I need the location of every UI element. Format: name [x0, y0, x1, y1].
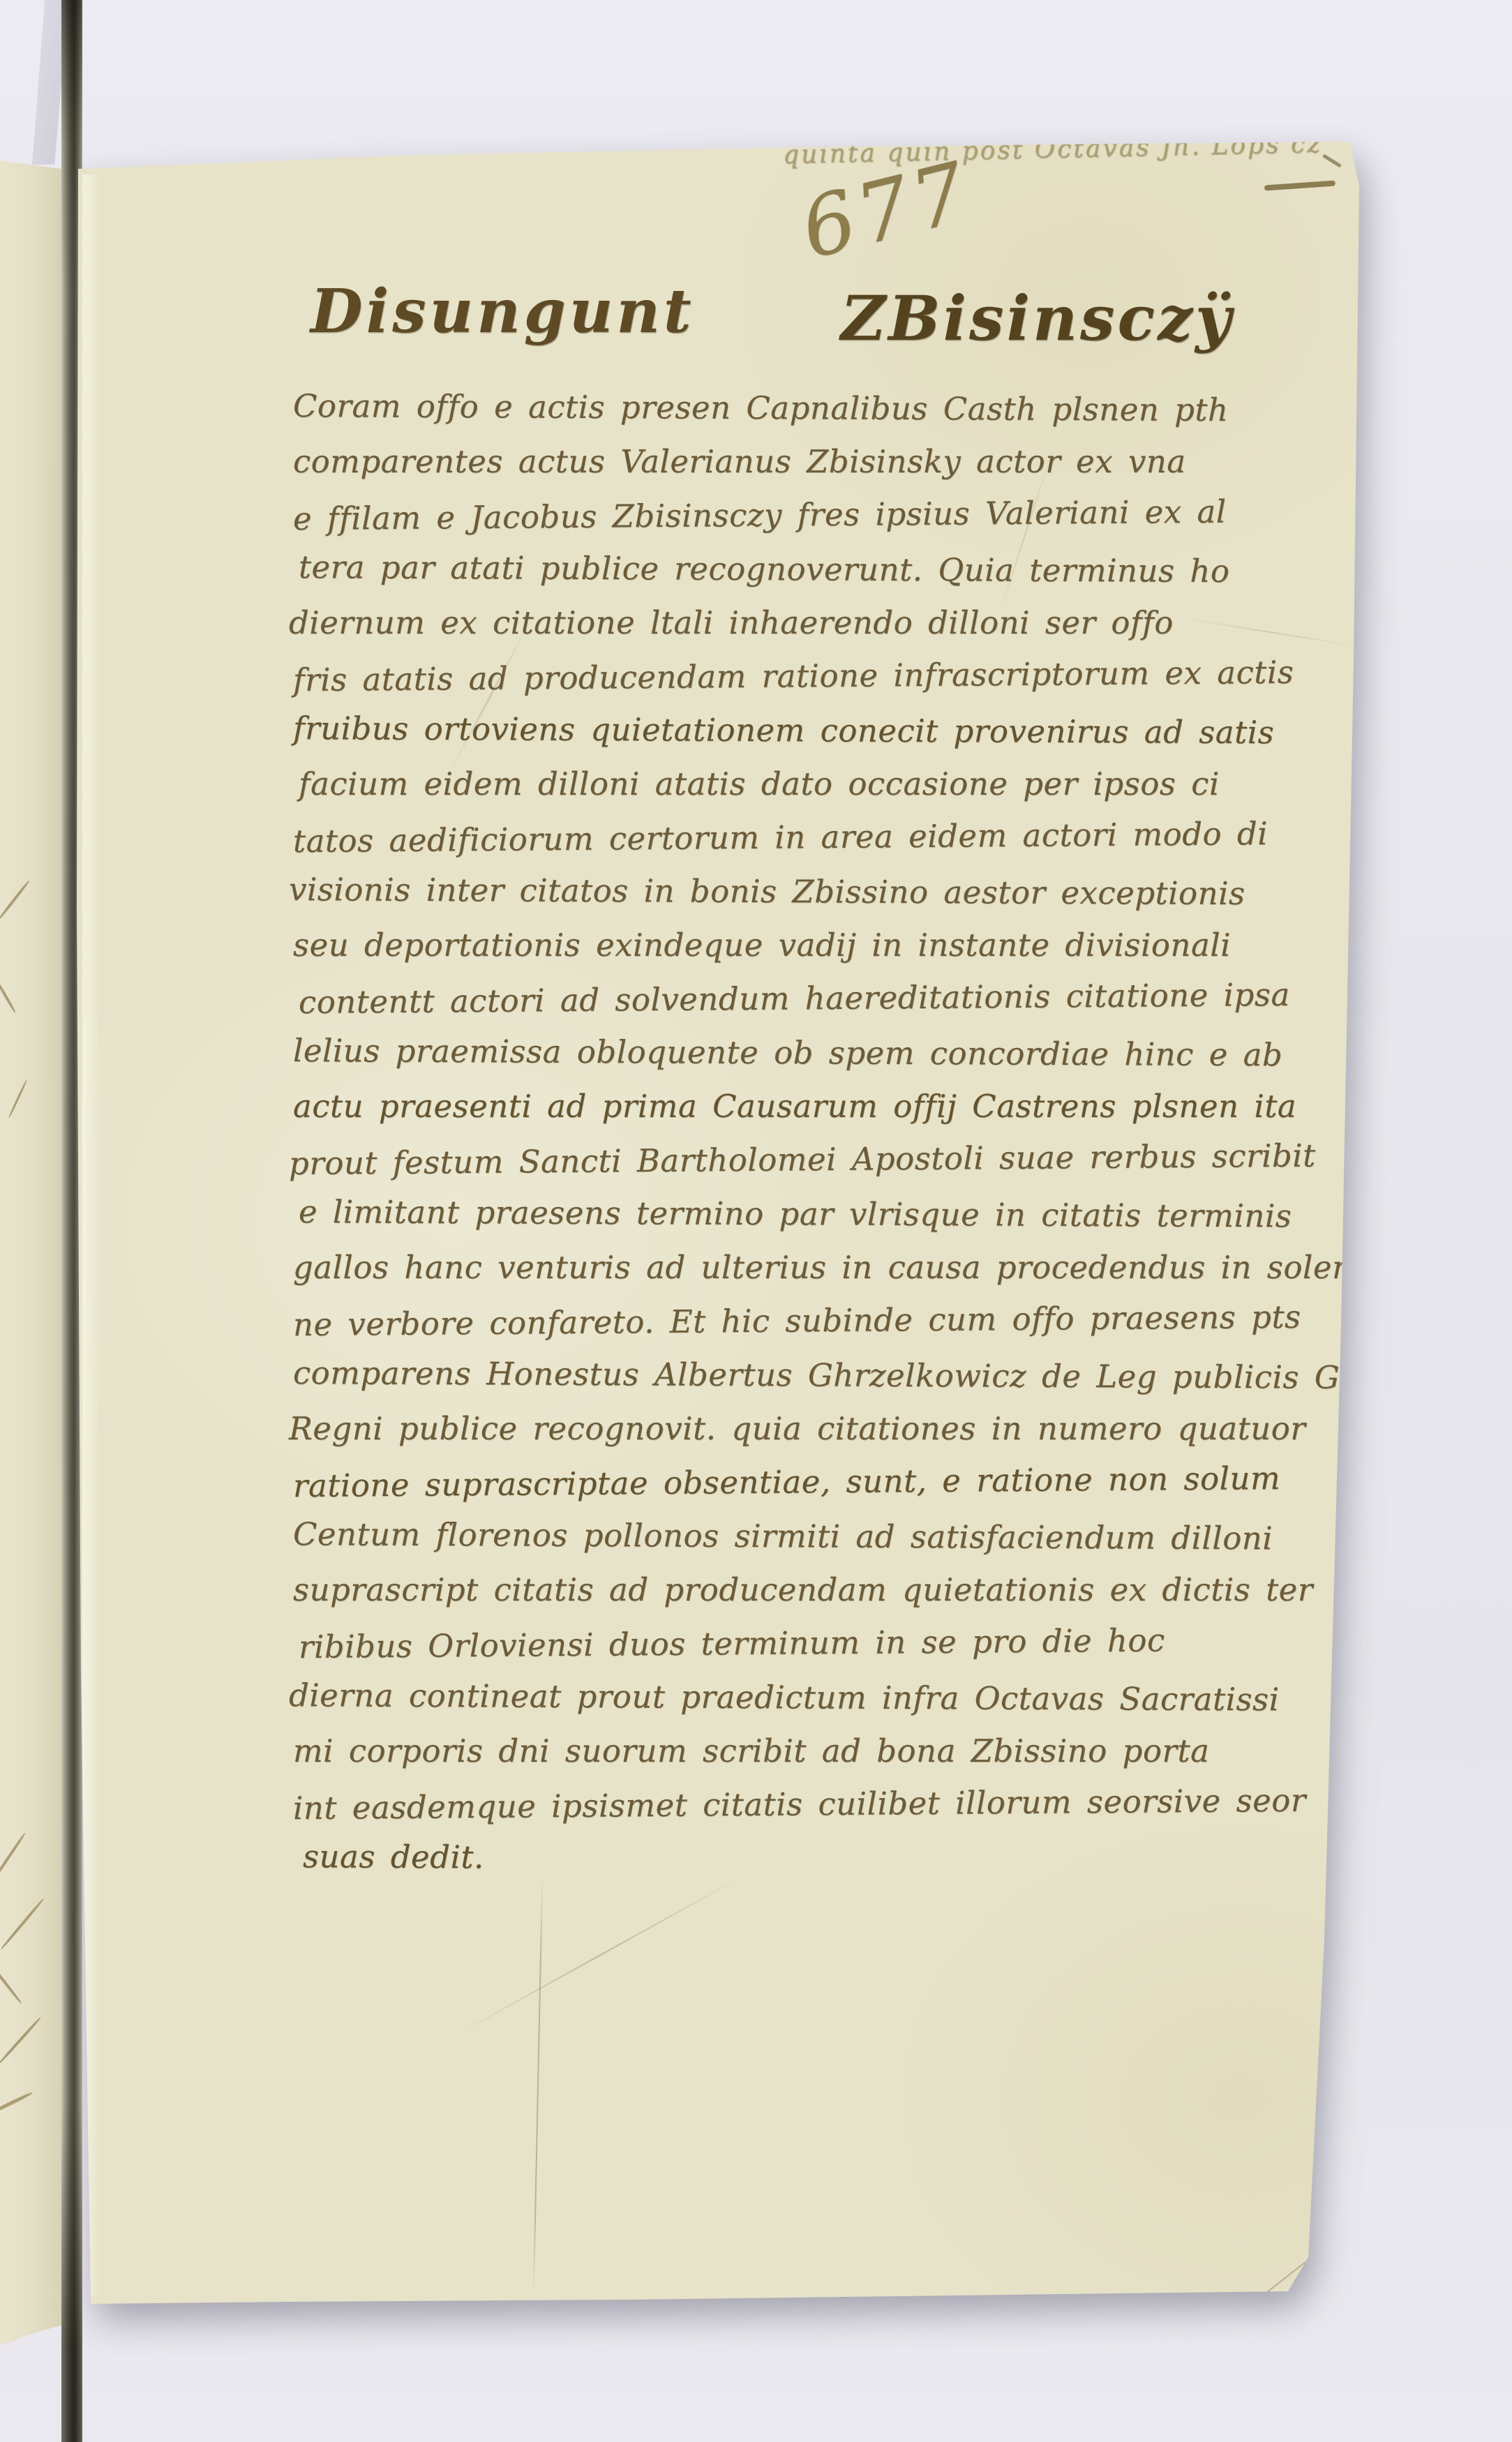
manuscript-line: suas dedit.: [303, 1829, 1200, 1887]
manuscript-line: e ffilam e Jacobus Zbisinsczy fres ipsiu…: [293, 485, 1201, 546]
manuscript-line: ne verbore confareto. Et hic subinde cum…: [293, 1291, 1201, 1351]
underleaf-edge-highlight: [82, 174, 100, 2295]
manuscript-line: fruibus ortoviens quietationem conecit p…: [293, 701, 1200, 759]
manuscript-line: gallos hanc venturis ad ulterius in caus…: [293, 1241, 1200, 1294]
manuscript-line: tera par atati publice recognoverunt. Qu…: [299, 540, 1200, 598]
manuscript-page: quinta quin post Octavas Jh. Lops cz 677…: [0, 0, 1512, 2442]
crease-line: [1180, 617, 1359, 647]
manuscript-line: contentt actori ad solvendum haereditati…: [299, 968, 1201, 1029]
crease-line: [457, 1875, 744, 2035]
manuscript-line: visionis inter citatos in bonis Zbissino…: [289, 862, 1200, 920]
heading-party-name: ZBisinsczÿ: [841, 282, 1234, 354]
manuscript-line: ratione suprascriptae obsentiae, sunt, e…: [293, 1452, 1201, 1513]
ink-dash-mark: [1264, 180, 1335, 190]
manuscript-line: Coram offo e actis presen Capnalibus Cas…: [293, 379, 1200, 437]
manuscript-line: suprascript citatis ad producendam quiet…: [293, 1563, 1200, 1617]
manuscript-line: lelius praemissa obloquente ob spem conc…: [293, 1024, 1200, 1081]
manuscript-line: comparens Honestus Albertus Ghrzelkowicz…: [293, 1346, 1200, 1404]
manuscript-line: prout festum Sancti Bartholomei Apostoli…: [289, 1130, 1201, 1190]
ink-tick-mark: [1322, 153, 1342, 167]
manuscript-line: dierna contineat prout praedictum infra …: [289, 1668, 1200, 1726]
manuscript-line: mi corporis dni suorum scribit ad bona Z…: [293, 1724, 1200, 1778]
manuscript-line: fris atatis ad producendam ratione infra…: [293, 646, 1201, 707]
manuscript-line: Centum florenos pollonos sirmiti ad sati…: [293, 1507, 1200, 1565]
manuscript-line: facium eidem dilloni atatis dato occasio…: [299, 757, 1200, 811]
manuscript-line: actu praesenti ad prima Causarum offij C…: [293, 1079, 1200, 1133]
photo-backdrop: quinta quin post Octavas Jh. Lops cz 677…: [0, 0, 1512, 2442]
manuscript-line: e limitant praesens termino par vlrisque…: [299, 1185, 1200, 1243]
manuscript-line: seu deportationis exindeque vadij in ins…: [293, 918, 1200, 972]
page-corner-fold: [1266, 2252, 1318, 2293]
manuscript-line: comparentes actus Valerianus Zbisinsky a…: [293, 435, 1200, 488]
manuscript-text-block: Coram offo e actis presen Capnalibus Cas…: [293, 381, 1200, 1885]
manuscript-line: Regni publice recognovit. quia citatione…: [289, 1402, 1200, 1455]
heading-case-title: Disungunt: [310, 276, 695, 347]
manuscript-line: tatos aedificiorum certorum in area eide…: [293, 807, 1201, 868]
crease-line: [533, 1877, 544, 2295]
manuscript-line: int easdemque ipsismet citatis cuilibet …: [293, 1774, 1201, 1835]
manuscript-line: diernum ex citatione ltali inhaerendo di…: [289, 596, 1200, 650]
archival-note: quinta quin post Octavas Jh. Lops cz: [783, 130, 1323, 170]
manuscript-line: ribibus Orloviensi duos terminum in se p…: [299, 1613, 1201, 1674]
